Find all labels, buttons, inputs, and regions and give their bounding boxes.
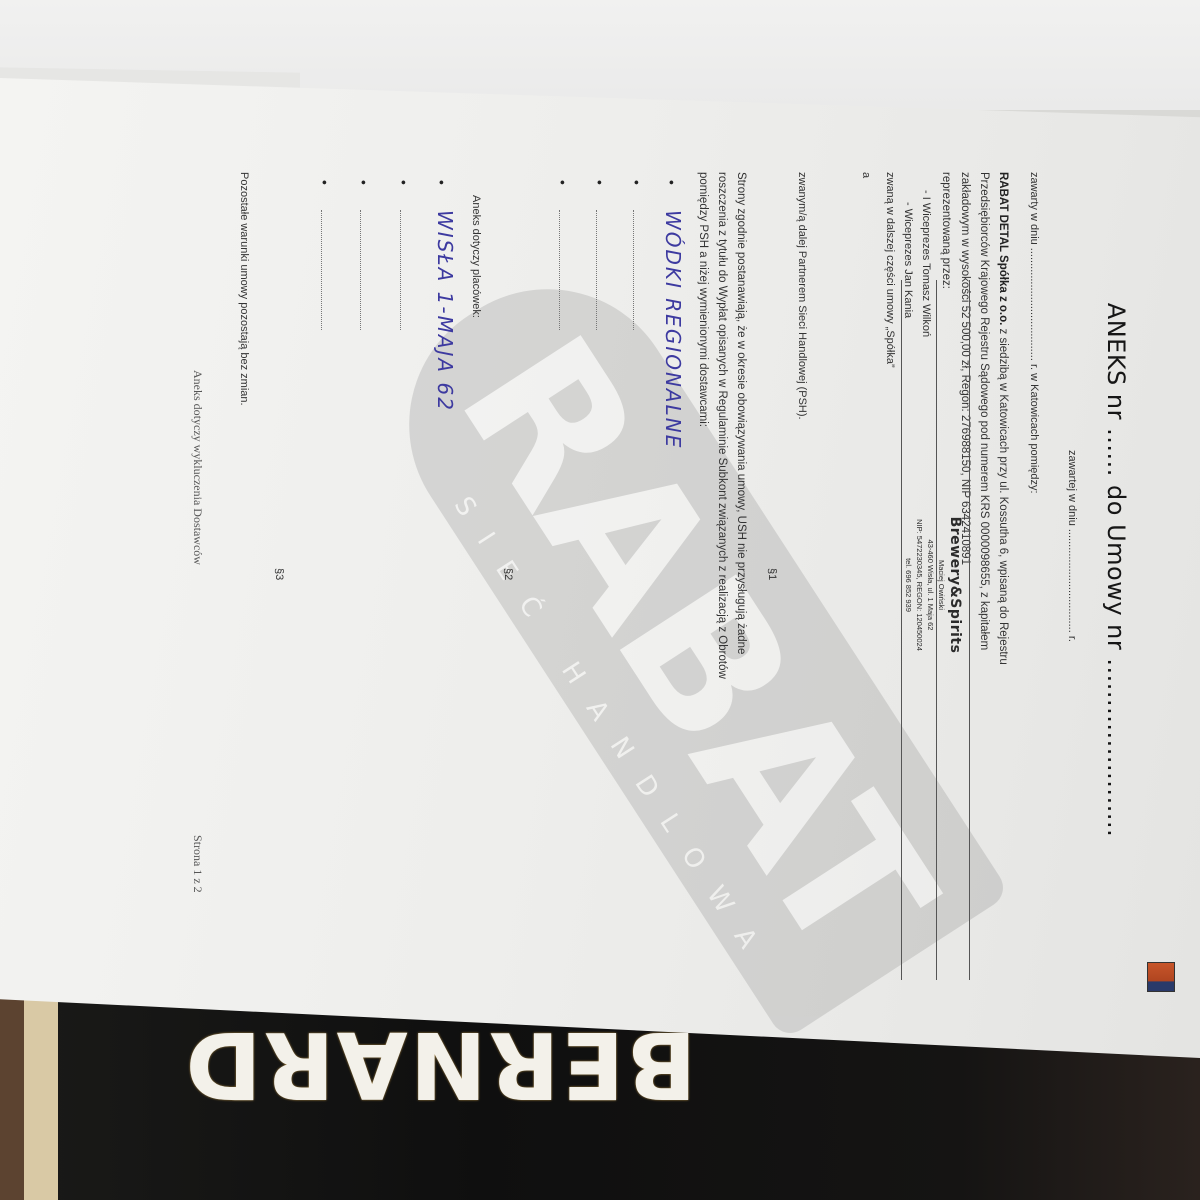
photo-scene: BERNARD RABAT SIEĆ HANDLOWA ANEKS nr ...… [0, 0, 1200, 1200]
section-2-mark: §2 [502, 568, 514, 580]
party2-line-1 [969, 280, 970, 980]
section-1-text: Strony zgodnie postanawiają, że w okresi… [693, 172, 750, 992]
party2-line-3 [901, 280, 902, 980]
outlet-field-3[interactable] [359, 210, 361, 330]
supplier-field-2[interactable] [632, 210, 634, 330]
outlet-bullet-4: • [317, 180, 333, 185]
stamp-owner: Maciej Owiński [936, 500, 947, 670]
section-2-label: Aneks dotyczy placówek: [470, 195, 482, 318]
concluded-on-line: zawartej w dniu ........................… [1066, 450, 1078, 642]
company-stamp: Brewery&Spirits Maciej Owiński 43-460 Wi… [903, 500, 963, 670]
document-page: RABAT SIEĆ HANDLOWA ANEKS nr ...... do U… [70, 150, 1190, 1010]
outlet-bullet-2: • [396, 180, 412, 185]
wooden-table-edge [0, 990, 24, 1200]
stamp-address: 43-460 Wisła, ul. 1 Maja 62 [925, 500, 936, 670]
party1-represented-by: reprezentowaną przez: [940, 172, 952, 289]
outlet-field-4[interactable] [320, 210, 322, 330]
box-brand-text: BERNARD [160, 1018, 720, 1110]
supplier-bullet-3: • [592, 180, 608, 185]
supplier-field-3[interactable] [595, 210, 597, 330]
footer-page-number: Strona 1 z 2 [190, 835, 205, 893]
footer-title: Aneks dotyczy wykluczenia Dostawców [190, 370, 205, 565]
made-on-line: zawarty w dniu .........................… [1028, 172, 1040, 494]
outlet-field-2[interactable] [399, 210, 401, 330]
section-1-line-3: pomiędzy PSH a niżej wymienionymi dostaw… [697, 172, 709, 427]
section-3-mark: §3 [273, 568, 285, 580]
supplier-field-4[interactable] [558, 210, 560, 330]
outlet-entry-1: WISŁA 1-MAJA 62 [433, 210, 457, 412]
supplier-bullet-2: • [629, 180, 645, 185]
party2-called: zwanym/ą dalej Partnerem Sieci Handlowej… [796, 172, 808, 420]
outlet-bullet-1: • [434, 180, 450, 185]
supplier-entry-1: WÓDKI REGIONALNE [661, 210, 685, 449]
supplier-bullet-4: • [555, 180, 571, 185]
section-1-mark: §1 [766, 568, 778, 580]
stamp-ids: NIP: 5472230345, REGON: 120450024 [914, 500, 925, 670]
and-connector: a [860, 172, 872, 178]
stamp-brand: Brewery&Spirits [947, 500, 963, 670]
party1-name: RABAT DETAL Spółka z o.o. [997, 172, 1009, 325]
party1-details-2: Przedsiębiorców Krajowego Rejestru Sądow… [978, 172, 990, 650]
section-3-text: Pozostałe warunki umowy pozostają bez zm… [238, 172, 250, 406]
rabat-logo-icon [1147, 962, 1175, 992]
wooden-table-edge-light [24, 990, 58, 1200]
document-title: ANEKS nr ...... do Umowy nr ............… [1102, 245, 1130, 895]
supplier-bullet-1: • [664, 180, 680, 185]
section-1-line-1: Strony zgodnie postanawiają, że w okresi… [735, 172, 747, 654]
party1-details-1: z siedzibą w Katowicach przy ul. Kossuth… [997, 325, 1009, 664]
section-1-line-2: roszczenia z tytułu do Wypłat opisanych … [716, 172, 728, 679]
stamp-phone: tel. 696 852 939 [903, 500, 914, 670]
outlet-bullet-3: • [356, 180, 372, 185]
